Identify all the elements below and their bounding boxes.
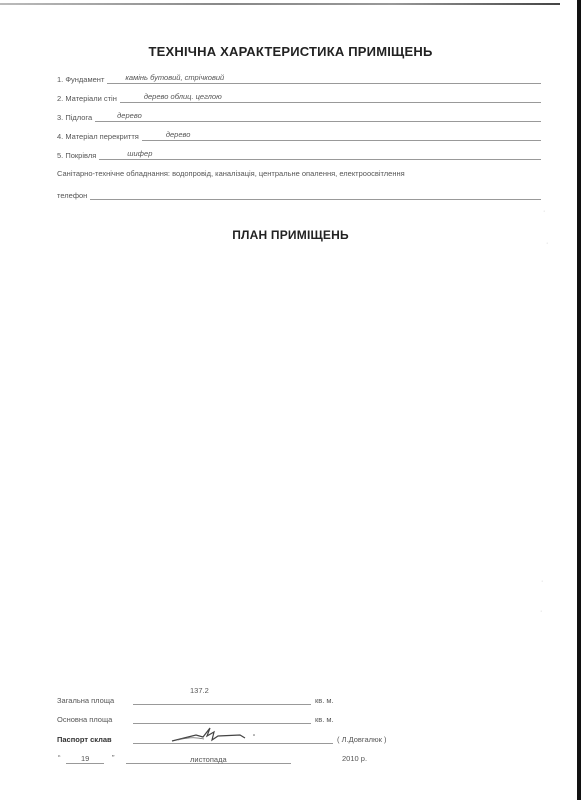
phone-label: телефон [57, 191, 90, 200]
page-right-edge [577, 0, 581, 800]
characteristic-label: 1. Фундамент [57, 75, 107, 84]
characteristic-row-foundation: 1. Фундамент камінь бутовий, стрічковий [57, 70, 541, 84]
characteristic-label: 3. Підлога [57, 113, 95, 122]
date-open-quote: “ [58, 753, 61, 762]
main-area-label: Основна площа [57, 715, 112, 724]
characteristic-label: 2. Матеріали стін [57, 94, 120, 103]
main-area-unit: кв. м. [315, 715, 334, 724]
passport-compiler-label: Паспорт склав [57, 735, 112, 744]
scan-speck: · [540, 608, 542, 615]
characteristic-value: камінь бутовий, стрічковий [125, 73, 224, 82]
characteristic-label: 4. Матеріал перекриття [57, 132, 142, 141]
date-year: 2010 р. [342, 754, 367, 763]
phone-row: телефон [57, 186, 541, 200]
characteristic-value: дерево [166, 130, 191, 139]
characteristic-value: дерево [117, 111, 142, 120]
characteristic-label: 5. Покрівля [57, 151, 99, 160]
date-month: листопада [190, 755, 227, 764]
document-title: ТЕХНІЧНА ХАРАКТЕРИСТИКА ПРИМІЩЕНЬ [0, 44, 581, 59]
scan-speck: · [543, 208, 545, 215]
characteristic-row-roof: 5. Покрівля шифер [57, 146, 541, 160]
signature-icon [170, 724, 270, 746]
characteristic-field: шифер [99, 148, 541, 160]
plan-title: ПЛАН ПРИМІЩЕНЬ [0, 228, 581, 242]
scan-speck: · [541, 578, 543, 585]
characteristic-field: дерево [142, 129, 541, 141]
total-area-label: Загальна площа [57, 696, 114, 705]
phone-field [90, 188, 541, 200]
characteristic-field: камінь бутовий, стрічковий [107, 72, 541, 84]
characteristic-row-ceiling: 4. Матеріал перекриття дерево [57, 127, 541, 141]
date-close-quote: ” [112, 753, 115, 762]
total-area-unit: кв. м. [315, 696, 334, 705]
page-top-edge [0, 3, 560, 5]
characteristic-field: дерево [95, 110, 541, 122]
compiler-name: ( Л.Довгалюк ) [337, 735, 387, 744]
sanitary-equipment-text: Санітарно-технічне обладнання: водопрові… [57, 169, 405, 178]
characteristic-row-floor: 3. Підлога дерево [57, 108, 541, 122]
total-area-value: 137.2 [190, 686, 209, 695]
characteristic-field: дерево облиц. цеглою [120, 91, 541, 103]
total-area-field [133, 695, 311, 705]
characteristic-value: дерево облиц. цеглою [144, 92, 222, 101]
main-area-field [133, 714, 311, 724]
characteristic-row-walls: 2. Матеріали стін дерево облиц. цеглою [57, 89, 541, 103]
date-day: 19 [81, 754, 89, 763]
characteristic-value: шифер [127, 149, 152, 158]
